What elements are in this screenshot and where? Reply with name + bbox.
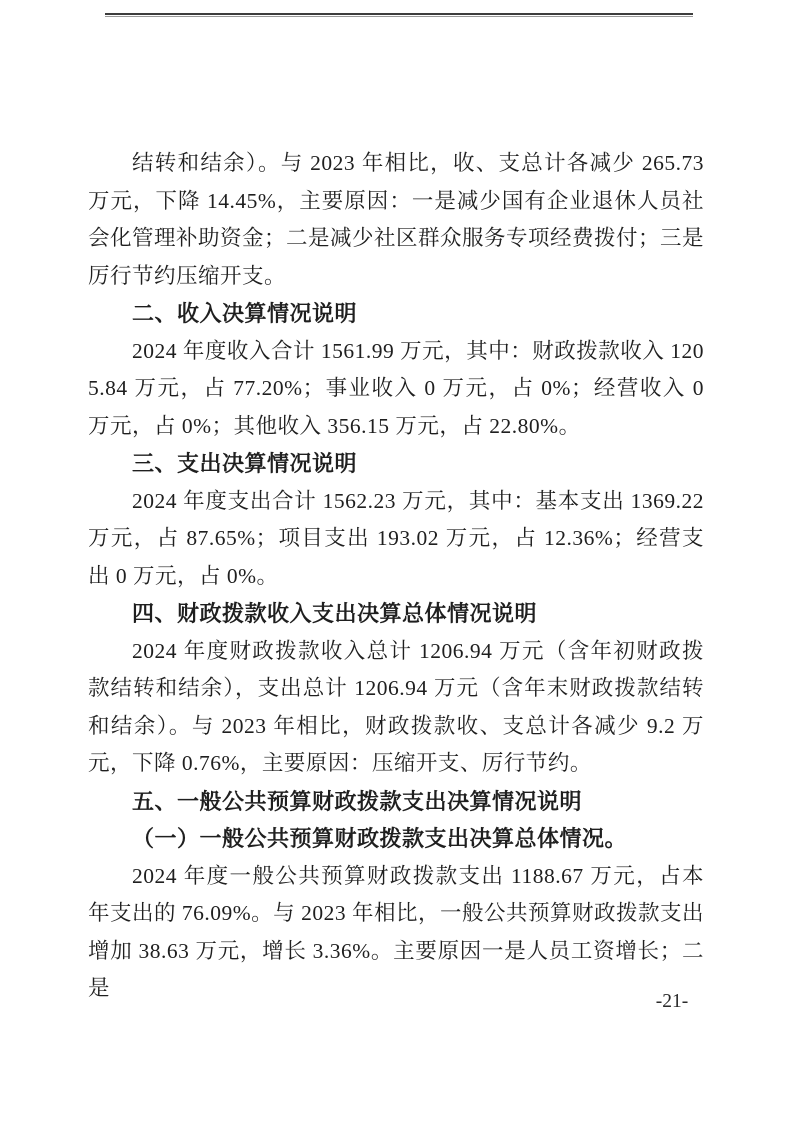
section-heading-general-public-budget: 五、一般公共预算财政拨款支出决算情况说明 bbox=[88, 783, 704, 821]
section-heading-income: 二、收入决算情况说明 bbox=[88, 295, 704, 333]
document-page: { "page": { "number": "-21-", "backgroun… bbox=[0, 0, 793, 1122]
paragraph-carryover: 结转和结余）。与 2023 年相比，收、支总计各减少 265.73 万元，下降 … bbox=[88, 145, 704, 295]
paragraph-income: 2024 年度收入合计 1561.99 万元，其中：财政拨款收入 1205.84… bbox=[88, 333, 704, 446]
page-number: -21- bbox=[640, 991, 704, 1013]
subsection-heading-general-public-budget-overall: （一）一般公共预算财政拨款支出决算总体情况。 bbox=[88, 820, 704, 858]
section-heading-expenditure: 三、支出决算情况说明 bbox=[88, 445, 704, 483]
document-body: 结转和结余）。与 2023 年相比，收、支总计各减少 265.73 万元，下降 … bbox=[88, 145, 704, 1008]
paragraph-expenditure: 2024 年度支出合计 1562.23 万元，其中：基本支出 1369.22 万… bbox=[88, 483, 704, 596]
page-header-divider bbox=[105, 13, 693, 17]
paragraph-general-public-budget: 2024 年度一般公共预算财政拨款支出 1188.67 万元，占本年支出的 76… bbox=[88, 858, 704, 1008]
paragraph-fiscal-appropriation-overview: 2024 年度财政拨款收入总计 1206.94 万元（含年初财政拨款结转和结余）… bbox=[88, 633, 704, 783]
section-heading-fiscal-appropriation-overview: 四、财政拨款收入支出决算总体情况说明 bbox=[88, 595, 704, 633]
